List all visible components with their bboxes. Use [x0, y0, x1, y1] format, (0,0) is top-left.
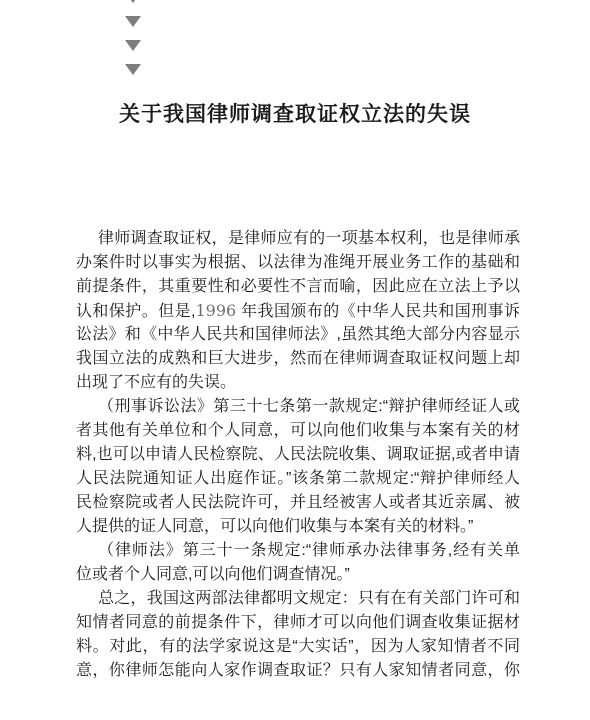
down-triangle-icon: [125, 16, 141, 27]
text-line: 出现了不应有的失误。: [76, 371, 520, 395]
text-line: 者其他有关单位和个人同意，可以向他们收集与本案有关的材: [76, 419, 520, 443]
text-line: 民检察院或者人民法院许可，并且经被害人或者其近亲属、被害: [76, 491, 520, 515]
text-line: 律师调查取证权，是律师应有的一项基本权利，也是律师承: [76, 227, 520, 251]
down-triangle-icon: [125, 64, 141, 75]
text-line: 人提供的证人同意，可以向他们收集与本案有关的材料。”: [76, 515, 520, 539]
text-line: 意，你律师怎能向人家作调查取证？只有人家知情者同意，你律: [76, 659, 520, 683]
text-line: 前提条件，其重要性和必要性不言而喻，因此应在立法上予以确: [76, 275, 520, 299]
text-line: （律师法》第三十一条规定:“律师承办法律事务,经有关单: [76, 539, 520, 563]
text-line: （刑事诉讼法》第三十七条第一款规定:“辩护律师经证人或: [76, 395, 520, 419]
text-line: 总之，我国这两部法律都明文规定：只有在有关部门许可和: [76, 587, 520, 611]
text-line: 知情者同意的前提条件下，律师才可以向他们调查收集证据材: [76, 611, 520, 635]
article-body: 律师调查取证权，是律师应有的一项基本权利，也是律师承 办案件时以事实为根据、以法…: [76, 227, 520, 683]
page-title: 关于我国律师调查取证权立法的失误: [0, 98, 590, 128]
text-line: 认和保护。但是,1996 年我国颁布的《中华人民共和国刑事诉: [76, 299, 520, 323]
down-triangle-icon: [125, 0, 141, 3]
text-line: 料,也可以申请人民检察院、人民法院收集、调取证据,或者申请: [76, 443, 520, 467]
text-line: 人民法院通知证人出庭作证。”该条第二款规定:“辩护律师经人: [76, 467, 520, 491]
text-line: 位或者个人同意,可以向他们调查情况。”: [76, 563, 520, 587]
text-line: 料。对此，有的法学家说这是“大实话”，因为人家知情者不同: [76, 635, 520, 659]
text-line: 讼法》和《中华人民共和国律师法》,虽然其绝大部分内容显示了: [76, 323, 520, 347]
text-line: 我国立法的成熟和巨大进步，然而在律师调查取证权问题上却: [76, 347, 520, 371]
down-triangle-icon: [125, 40, 141, 51]
text-line: 办案件时以事实为根据、以法律为准绳开展业务工作的基础和: [76, 251, 520, 275]
document-page: 关于我国律师调查取证权立法的失误 律师调查取证权，是律师应有的一项基本权利，也是…: [0, 0, 590, 720]
triangle-markers: [125, 0, 141, 88]
